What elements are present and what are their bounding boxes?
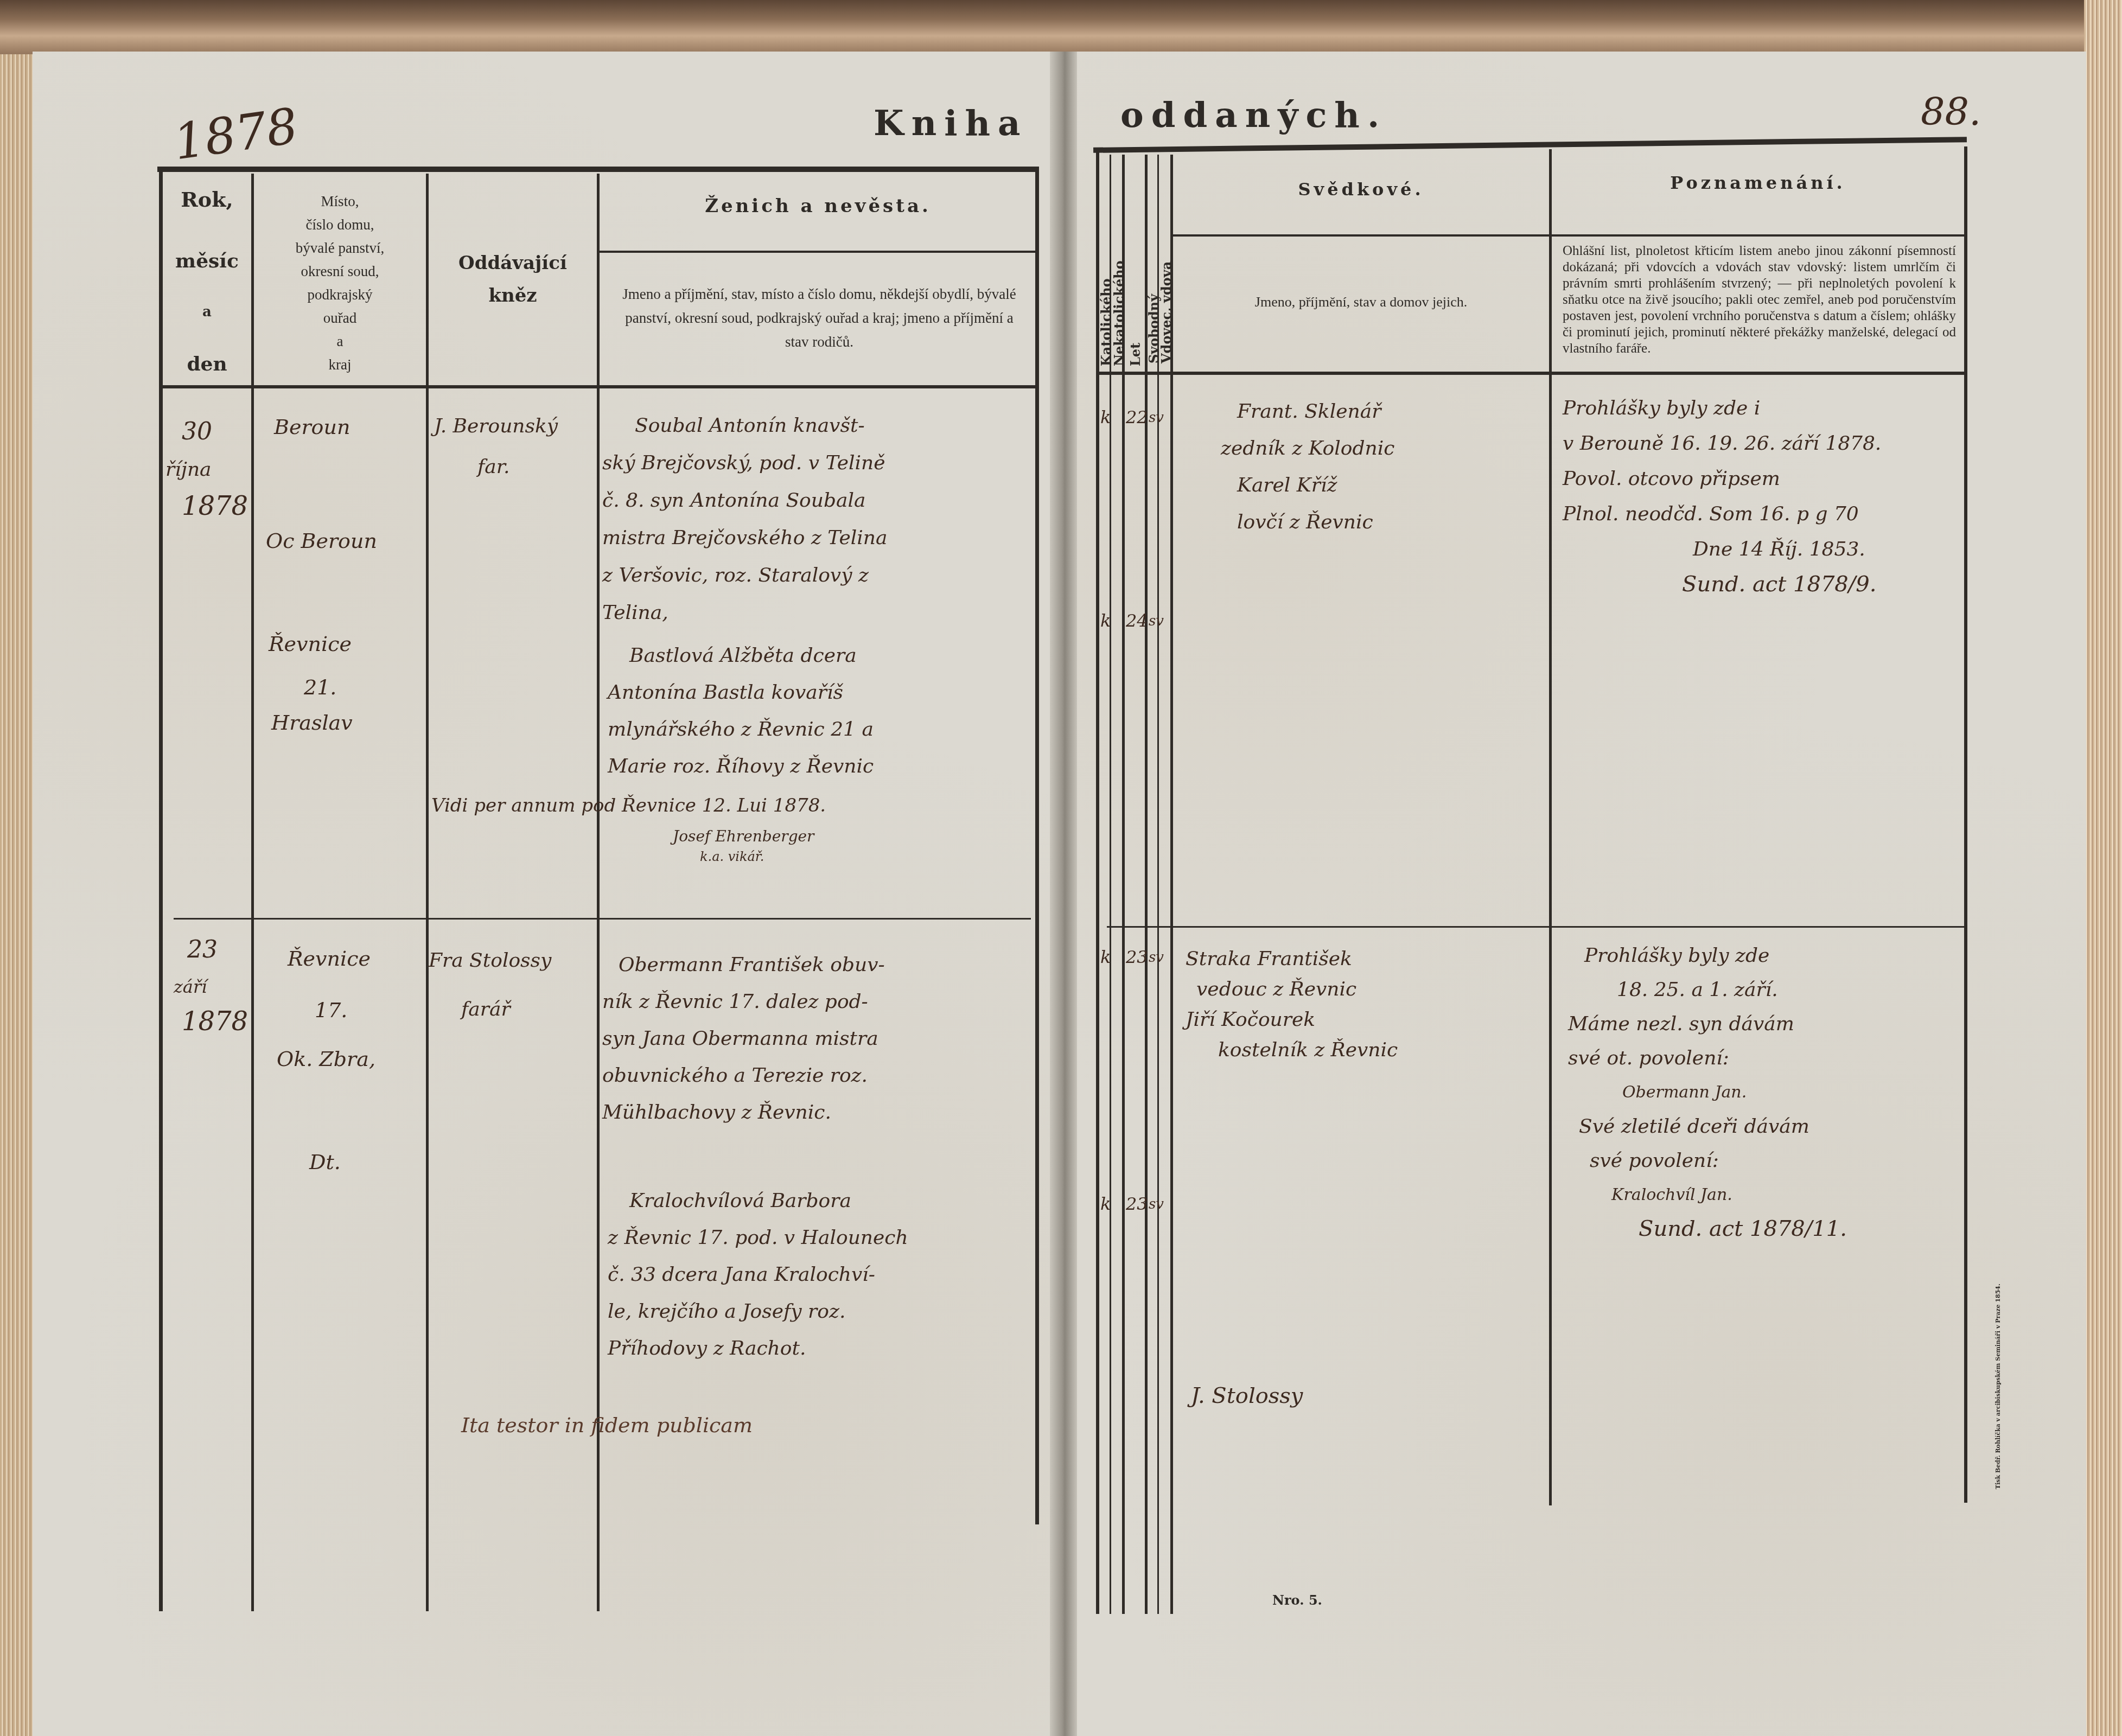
note-line: Máme nezl. syn dávám xyxy=(1568,1007,1847,1041)
bride-line: z Řevnic 17. pod. v Halounech xyxy=(608,1220,908,1256)
entry-notes: Prohlášky byly zde 18. 25. a 1. září. Má… xyxy=(1568,939,1847,1246)
entry-day: 23 xyxy=(187,936,218,963)
bride-status: sv xyxy=(1149,613,1164,629)
entry-priest: farář xyxy=(461,998,511,1020)
entry-month: října xyxy=(165,458,212,481)
entry-month: září xyxy=(174,976,207,997)
entry-place: Dt. xyxy=(309,1150,341,1174)
header-place-line: okresní soud, xyxy=(254,260,426,283)
groom-line: z Veršovic, roz. Staralový z xyxy=(602,557,888,594)
header-place-line: ouřad xyxy=(254,307,426,330)
note-line: Plnol. neodčd. Som 16. p g 70 xyxy=(1563,496,1881,532)
note-line: Obermann Jan. xyxy=(1568,1075,1847,1109)
bride-line: č. 33 dcera Jana Kralochví- xyxy=(608,1256,908,1293)
bride-line: Bastlová Alžběta dcera xyxy=(608,637,874,674)
groom-line: mistra Brejčovského z Telina xyxy=(602,519,888,557)
witness-line: lovčí z Řevnic xyxy=(1237,504,1394,541)
note-line: své ot. povolení: xyxy=(1568,1041,1847,1075)
col-divider xyxy=(1549,149,1552,1505)
header-couple-title: Ženich a nevěsta. xyxy=(600,195,1036,217)
header-day: den xyxy=(163,353,251,375)
header-and: a xyxy=(163,304,251,320)
bride-religion: k xyxy=(1100,610,1111,631)
header-divider xyxy=(600,251,1036,253)
entry-place: Řevnice xyxy=(269,632,352,656)
entry-separator xyxy=(174,918,1031,920)
entry-bride: Kralochvílová Barbora z Řevnic 17. pod. … xyxy=(608,1183,908,1367)
entry-groom: Soubal Antonín knavšt- ský Brejčovský, p… xyxy=(602,407,888,631)
groom-line: Obermann František obuv- xyxy=(602,947,885,984)
book-gutter xyxy=(1050,52,1077,1736)
entry-witnesses: Straka František vedouc z Řevnic Jiří Ko… xyxy=(1186,944,1398,1065)
entry-year: 1878 xyxy=(182,1006,248,1037)
col-divider xyxy=(426,174,429,1611)
page-stack-right xyxy=(2084,0,2122,1736)
bride-line: Marie roz. Říhovy z Řevnic xyxy=(608,748,874,785)
header-age: Let xyxy=(1127,325,1143,366)
header-notes-title: Poznamenání. xyxy=(1552,173,1964,193)
groom-line: obuvnického a Terezie roz. xyxy=(602,1057,885,1094)
note-line: Sund. act 1878/11. xyxy=(1568,1212,1847,1246)
groom-status: sv xyxy=(1149,949,1164,966)
header-place-line: kraj xyxy=(254,353,426,376)
header-place-line: podkrajský xyxy=(254,283,426,307)
note-line: Kralochvíl Jan. xyxy=(1568,1178,1847,1212)
header-place: Místo, číslo domu, bývalé panství, okres… xyxy=(254,190,426,376)
left-table-right-border xyxy=(1035,168,1039,1524)
witness-line: Frant. Sklenář xyxy=(1237,393,1394,430)
header-month: měsíc xyxy=(163,250,251,272)
entry-notes: Prohlášky byly zde i v Berouně 16. 19. 2… xyxy=(1563,391,1881,602)
form-number: Nro. 5. xyxy=(1272,1592,1322,1608)
witness-line: Jiří Kočourek xyxy=(1186,1005,1398,1035)
entry-place: Beroun xyxy=(274,415,350,439)
header-noncatholic: Nekatolického xyxy=(1111,258,1127,366)
witness-line: Karel Kříž xyxy=(1237,467,1394,504)
header-notes-subtitle: Ohlášní list, plnoletost křticím listem … xyxy=(1563,243,1956,357)
header-place-line: a xyxy=(254,330,426,353)
note-line: své povolení: xyxy=(1568,1144,1847,1178)
bride-age: 24 xyxy=(1126,610,1148,631)
left-table-top-border xyxy=(157,167,1039,172)
witness-line: vedouc z Řevnic xyxy=(1186,974,1398,1005)
delegation-note: Vidi per annum pod Řevnice 12. Lui 1878. xyxy=(431,795,826,816)
header-couple-subtitle: Jmeno a příjmění, stav, místo a číslo do… xyxy=(619,282,1020,354)
entry-place: Oc Beroun xyxy=(266,529,377,553)
header-bottom-border xyxy=(163,385,1036,388)
header-priest-1: Oddávající xyxy=(429,252,597,274)
col-divider xyxy=(597,174,600,1611)
header-place-line: bývalé panství, xyxy=(254,237,426,260)
entry-place: 21. xyxy=(304,675,336,699)
groom-religion: k xyxy=(1100,947,1111,967)
page-number: 88. xyxy=(1921,90,1981,134)
priest-signature: J. Stolossy xyxy=(1191,1383,1303,1408)
header-divider xyxy=(1173,234,1965,237)
header-witnesses-subtitle: Jmeno, příjmění, stav a domov jejich. xyxy=(1173,290,1549,314)
groom-line: syn Jana Obermanna mistra xyxy=(602,1020,885,1057)
groom-line: Soubal Antonín knavšt- xyxy=(602,407,888,444)
entry-priest: far. xyxy=(477,456,509,478)
title-right: oddaných. xyxy=(1120,95,1387,136)
note-line: 18. 25. a 1. září. xyxy=(1568,973,1847,1007)
bride-line: mlynářského z Řevnic 21 a xyxy=(608,711,874,748)
entry-place: Ok. Zbra, xyxy=(277,1047,375,1071)
groom-line: ník z Řevnic 17. dalez pod- xyxy=(602,984,885,1020)
groom-line: Telina, xyxy=(602,594,888,631)
bride-line: le, krejčího a Josefy roz. xyxy=(608,1293,908,1330)
left-table-left-border xyxy=(159,168,163,1611)
groom-age: 23 xyxy=(1126,947,1148,967)
delegation-title: k.a. vikář. xyxy=(700,849,764,864)
note-line: Povol. otcovo připsem xyxy=(1563,461,1881,496)
page-stack-left xyxy=(0,54,34,1736)
bride-age: 23 xyxy=(1126,1193,1148,1214)
entry-year: 1878 xyxy=(182,491,248,521)
note-line: Prohlášky byly zde i xyxy=(1563,391,1881,426)
header-year: Rok, xyxy=(163,187,251,212)
entry-bride: Bastlová Alžběta dcera Antonína Bastla k… xyxy=(608,637,874,785)
witness-line: Straka František xyxy=(1186,944,1398,974)
entry-priest: J. Berounský xyxy=(434,415,558,437)
header-witnesses-title: Svědkové. xyxy=(1173,179,1549,200)
witness-line: zedník z Kolodnic xyxy=(1221,430,1394,467)
printer-imprint: Tisk Bedř. Rohlíčka v arcibiskupském Sem… xyxy=(1994,1283,2002,1489)
bride-line: Příhodovy z Rachot. xyxy=(608,1330,908,1367)
header-bottom-border xyxy=(1099,372,1967,375)
bride-line: Antonína Bastla kovaříš xyxy=(608,674,874,711)
entry-separator xyxy=(1107,926,1964,928)
groom-line: č. 8. syn Antonína Soubala xyxy=(602,482,888,519)
entry-witnesses: Frant. Sklenář zedník z Kolodnic Karel K… xyxy=(1237,393,1394,541)
entry-groom: Obermann František obuv- ník z Řevnic 17… xyxy=(602,947,885,1131)
note-line: Sund. act 1878/9. xyxy=(1563,567,1881,602)
bride-religion: k xyxy=(1100,1193,1111,1214)
attestation-note: Ita testor in fidem publicam xyxy=(461,1413,753,1437)
entry-priest: Fra Stolossy xyxy=(429,949,551,972)
bride-line: Kralochvílová Barbora xyxy=(608,1183,908,1220)
right-table-left-border xyxy=(1096,149,1099,1614)
bride-status: sv xyxy=(1149,1196,1164,1212)
note-line: Prohlášky byly zde xyxy=(1568,939,1847,973)
header-place-line: číslo domu, xyxy=(254,213,426,237)
note-line: Dne 14 Říj. 1853. xyxy=(1563,532,1881,567)
groom-line: Mühlbachovy z Řevnic. xyxy=(602,1094,885,1131)
header-widowed: Vdovec, vdova xyxy=(1158,250,1174,363)
witness-line: kostelník z Řevnic xyxy=(1186,1035,1398,1065)
entry-day: 30 xyxy=(182,418,212,445)
right-table-right-border xyxy=(1964,146,1967,1503)
groom-line: ský Brejčovský, pod. v Telině xyxy=(602,444,888,482)
groom-status: sv xyxy=(1149,410,1164,426)
col-divider xyxy=(251,174,254,1611)
note-line: Své zletilé dceři dávám xyxy=(1568,1109,1847,1144)
groom-religion: k xyxy=(1100,407,1111,427)
delegation-signature: Josef Ehrenberger xyxy=(673,827,814,845)
note-line: v Berouně 16. 19. 26. září 1878. xyxy=(1563,426,1881,461)
header-place-line: Místo, xyxy=(254,190,426,213)
entry-place: Řevnice xyxy=(288,947,371,971)
entry-place: 17. xyxy=(315,998,347,1022)
groom-age: 22 xyxy=(1126,407,1148,427)
entry-place: Hraslav xyxy=(271,711,353,735)
title-left: Kniha xyxy=(874,103,1028,144)
header-priest-2: kněz xyxy=(429,285,597,307)
